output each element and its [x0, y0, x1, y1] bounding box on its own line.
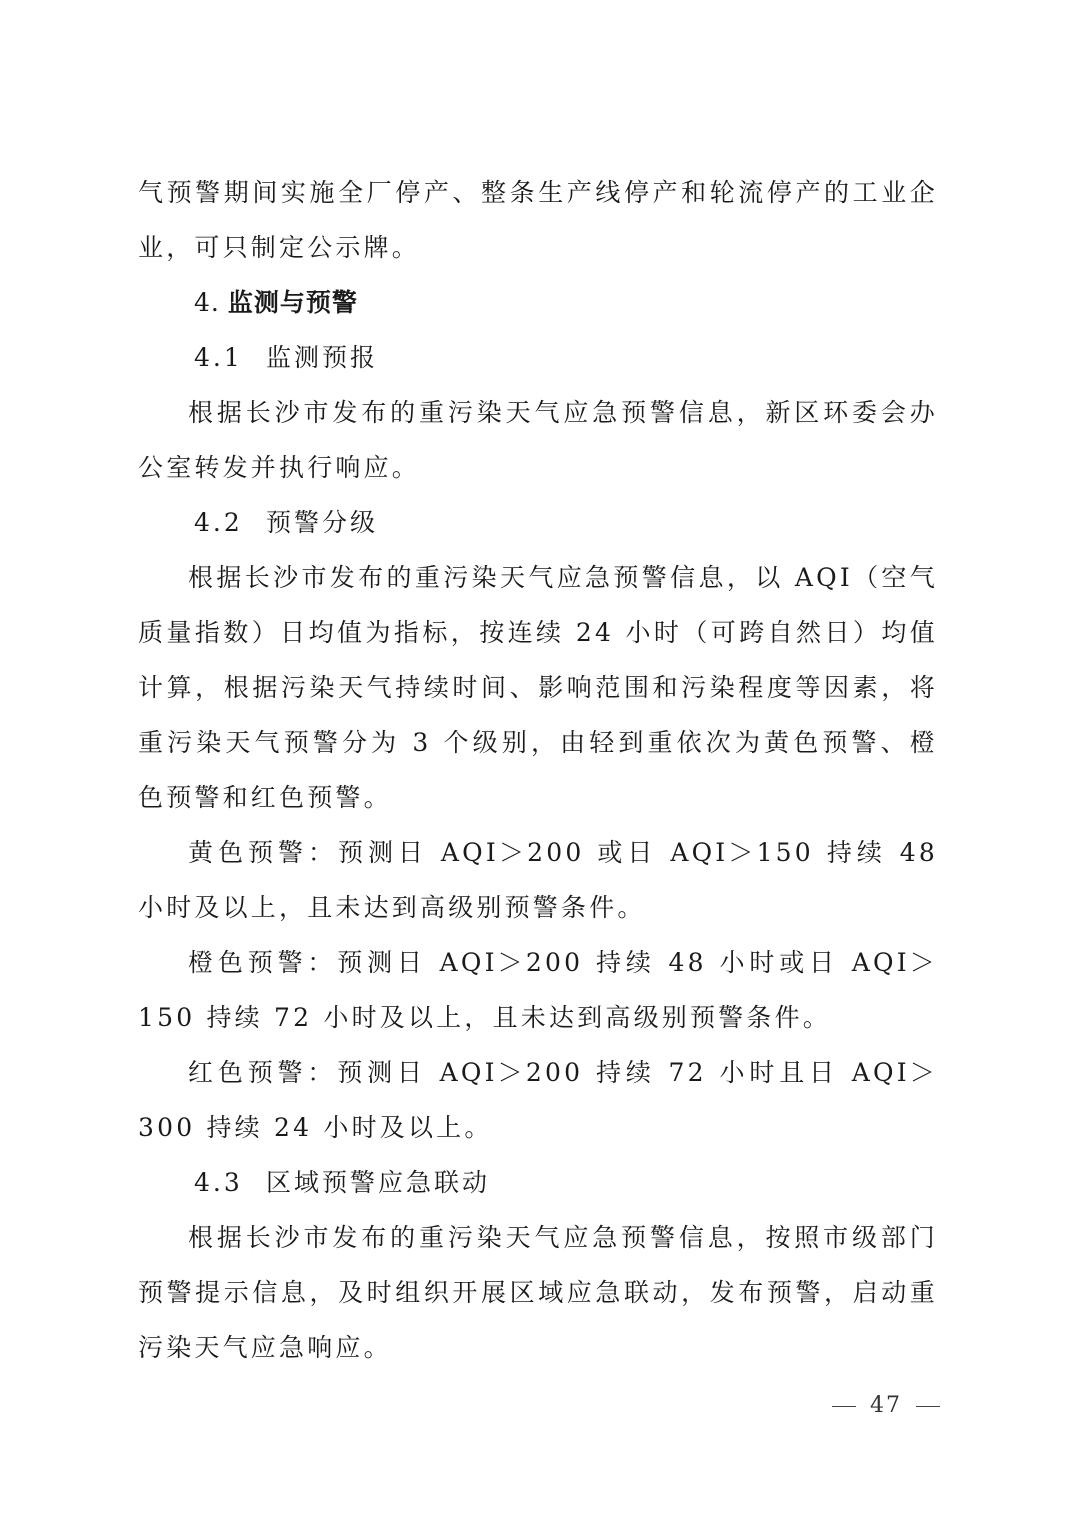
section-number: 4.: [194, 288, 220, 317]
yellow-warning-paragraph: 黄色预警：预测日 AQI＞200 或日 AQI＞150 持续 48 小时及以上，…: [138, 825, 938, 935]
section-4-1-heading: 4.1监测预报: [138, 330, 938, 385]
page-footer: 47: [818, 1393, 954, 1418]
intro-paragraph: 气预警期间实施全厂停产、整条生产线停产和轮流停产的工业企业，可只制定公示牌。: [138, 165, 938, 275]
section-4-3-body: 根据长沙市发布的重污染天气应急预警信息，按照市级部门预警提示信息，及时组织开展区…: [138, 1210, 938, 1375]
section-title: 区域预警应急联动: [266, 1168, 490, 1197]
section-4-heading: 4. 监测与预警: [138, 275, 938, 330]
section-4-2-body: 根据长沙市发布的重污染天气应急预警信息，以 AQI（空气质量指数）日均值为指标，…: [138, 550, 938, 825]
page-number: 47: [870, 1393, 902, 1418]
section-title: 监测与预警: [228, 288, 358, 317]
orange-warning-paragraph: 橙色预警：预测日 AQI＞200 持续 48 小时或日 AQI＞150 持续 7…: [138, 935, 938, 1045]
footer-dash-left: [832, 1406, 856, 1407]
section-4-1-body: 根据长沙市发布的重污染天气应急预警信息，新区环委会办公室转发并执行响应。: [138, 385, 938, 495]
section-title: 预警分级: [266, 508, 378, 537]
section-number: 4.2: [194, 495, 266, 550]
section-number: 4.3: [194, 1155, 266, 1210]
document-page: 气预警期间实施全厂停产、整条生产线停产和轮流停产的工业企业，可只制定公示牌。 4…: [138, 165, 938, 1375]
red-warning-paragraph: 红色预警：预测日 AQI＞200 持续 72 小时且日 AQI＞300 持续 2…: [138, 1045, 938, 1155]
footer-dash-right: [916, 1406, 940, 1407]
section-number: 4.1: [194, 330, 266, 385]
section-4-2-heading: 4.2预警分级: [138, 495, 938, 550]
section-title: 监测预报: [266, 343, 378, 372]
section-4-3-heading: 4.3区域预警应急联动: [138, 1155, 938, 1210]
